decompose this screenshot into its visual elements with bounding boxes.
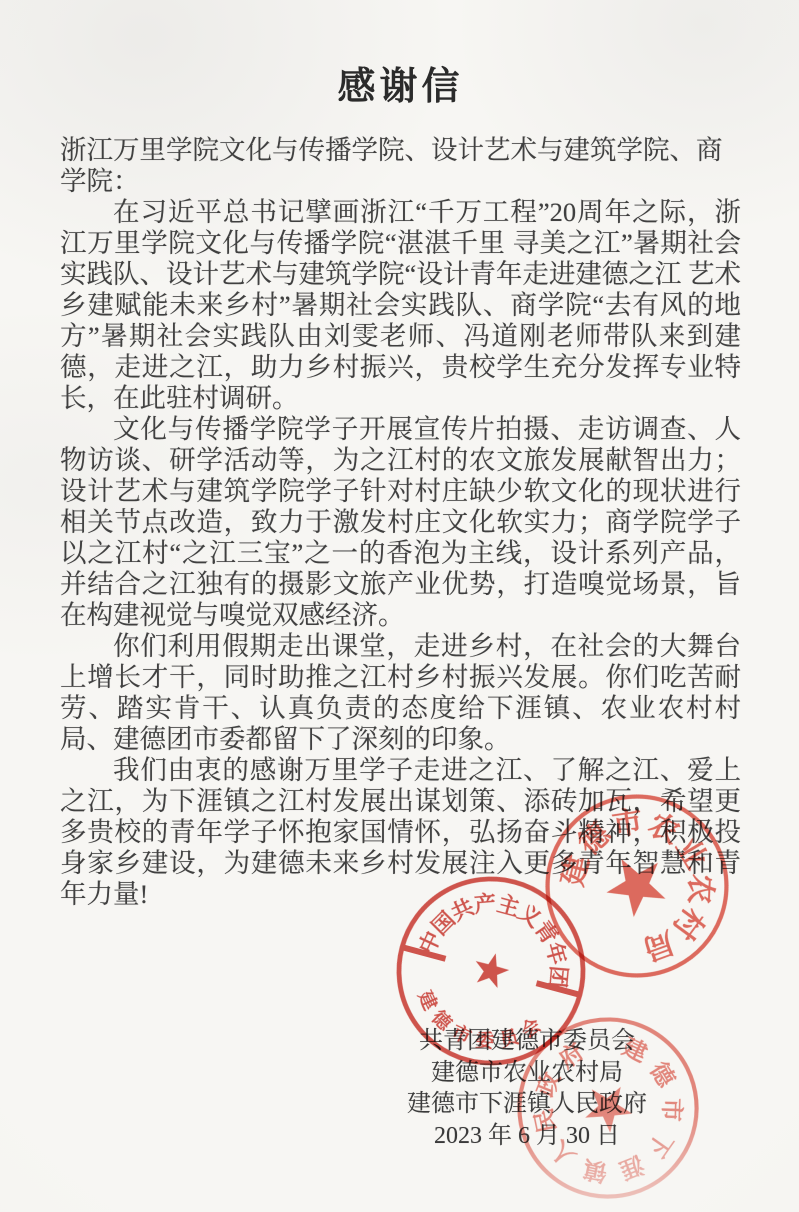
- signer-town-government: 建德市下涯镇人民政府: [359, 1089, 695, 1121]
- signature-block: 共青团建德市委员会 建德市农业农村局 建德市下涯镇人民政府 2023 年 6 月…: [359, 1026, 695, 1152]
- stamp-arc-char: 镇: [580, 1154, 610, 1186]
- paragraph-2: 文化与传播学院学子开展宣传片拍摄、走访调查、人物访谈、研学活动等，为之江村的农文…: [60, 414, 741, 631]
- letter-title: 感谢信: [60, 64, 741, 110]
- paragraph-4: 我们由衷的感谢万里学子走进之江、了解之江、爱上之江，为下涯镇之江村发展出谋划策、…: [60, 755, 741, 910]
- paragraph-3: 你们利用假期走出课堂，走进乡村，在社会的大舞台上增长才干，同时助推之江村乡村振兴…: [60, 631, 741, 755]
- signer-agriculture-bureau: 建德市农业农村局: [359, 1058, 695, 1090]
- signer-youth-league: 共青团建德市委员会: [359, 1026, 695, 1058]
- letter-page: 感谢信 浙江万里学院文化与传播学院、设计艺术与建筑学院、商学院： 在习近平总书记…: [0, 0, 799, 1212]
- paragraph-1: 在习近平总书记擘画浙江“千万工程”20周年之际，浙江万里学院文化与传播学院“湛湛…: [60, 197, 741, 414]
- letter-content: 感谢信 浙江万里学院文化与传播学院、设计艺术与建筑学院、商学院： 在习近平总书记…: [0, 0, 799, 1152]
- stamp-arc-char: 涯: [615, 1150, 647, 1184]
- salutation: 浙江万里学院文化与传播学院、设计艺术与建筑学院、商学院：: [60, 135, 741, 197]
- date-line: 2023 年 6 月 30 日: [359, 1121, 695, 1153]
- letter-body: 在习近平总书记擘画浙江“千万工程”20周年之际，浙江万里学院文化与传播学院“湛湛…: [60, 197, 741, 910]
